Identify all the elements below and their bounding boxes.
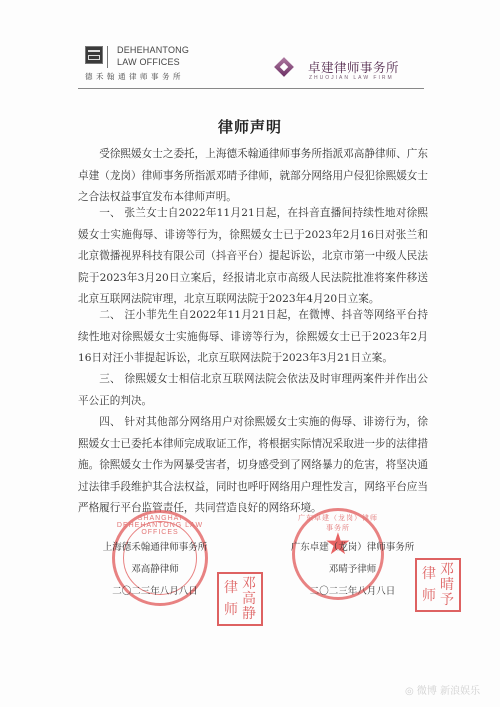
lawyer-seal-left: 律 师 邓 高 静 [217, 572, 263, 626]
left-sig-lawyer: 邓高静律师 [95, 559, 215, 581]
left-firm-name-cn: 德禾翰通律师事务所 [85, 71, 184, 82]
zhuojian-diamond-logo-icon [274, 57, 294, 77]
weibo-watermark: ◎ 微博 新浪娱乐 [405, 682, 480, 697]
seal-char: 晴 [440, 578, 454, 592]
left-firm-name-en-2: LAW OFFICES [117, 57, 180, 67]
document-title: 律师声明 [0, 116, 500, 137]
seal-char: 律 [422, 567, 436, 581]
right-sig-lawyer: 邓晴予律师 [290, 559, 415, 581]
paragraph-closing: 徐熙媛女士作为网暴受害者，切身感受到了网络暴力的危害，将坚决通过法律手段维护其合… [78, 455, 428, 520]
right-firm-name-en: ZHUOJIAN LAW FIRM [309, 75, 394, 81]
signature-block-right: 广东卓建（龙岗）律师事务所 邓晴予律师 二〇二三年八月八日 [290, 537, 415, 603]
seal-char: 邓 [242, 577, 256, 591]
paragraph-item-3: 三、 徐熙媛女士相信北京互联网法院会依法及时审理两案件并作出公平公正的判决。 [78, 369, 428, 412]
seal-char: 师 [422, 589, 436, 603]
lawyer-seal-right: 律 师 邓 晴 予 [415, 558, 461, 612]
seal-char: 师 [224, 603, 238, 617]
seal-char: 高 [242, 592, 256, 606]
seal-char: 邓 [440, 563, 454, 577]
left-firm-name-en-1: DEHEHANTONG [117, 45, 189, 55]
left-sig-firm: 上海德禾翰通律师事务所 [95, 537, 215, 559]
seal-char: 静 [242, 607, 256, 621]
right-firm-name-cn: 卓建律师事务所 [308, 58, 399, 76]
seal-char: 予 [440, 593, 454, 607]
seal-char: 律 [224, 581, 238, 595]
paragraph-item-2: 二、 汪小菲先生自2022年11月21日起，在微博、抖音等网络平台持续性地对徐熙… [78, 305, 428, 370]
paragraph-item-1: 一、 张兰女士自2022年11月21日起，在抖音直播间持续性地对徐熙媛女士实施侮… [78, 203, 428, 311]
letterhead-right: 卓建律师事务所 ZHUOJIAN LAW FIRM [275, 58, 425, 88]
logo-separator [107, 46, 108, 68]
header-divider [78, 88, 424, 89]
right-sig-firm: 广东卓建（龙岗）律师事务所 [290, 537, 415, 559]
left-seal-text: SHANGHAI DEHEHANTONG LAW OFFICES [115, 515, 205, 536]
left-sig-date: 二〇二三年八月八日 [95, 581, 215, 603]
signature-block-left: 上海德禾翰通律师事务所 邓高静律师 二〇二三年八月八日 [95, 537, 215, 603]
dht-logo-icon [85, 46, 103, 64]
right-sig-date: 二〇二三年八月八日 [290, 581, 415, 603]
paragraph-intro: 受徐熙媛女士之委托，上海德禾翰通律师事务所指派邓高静律师、广东卓建（龙岗）律师事… [78, 144, 428, 209]
